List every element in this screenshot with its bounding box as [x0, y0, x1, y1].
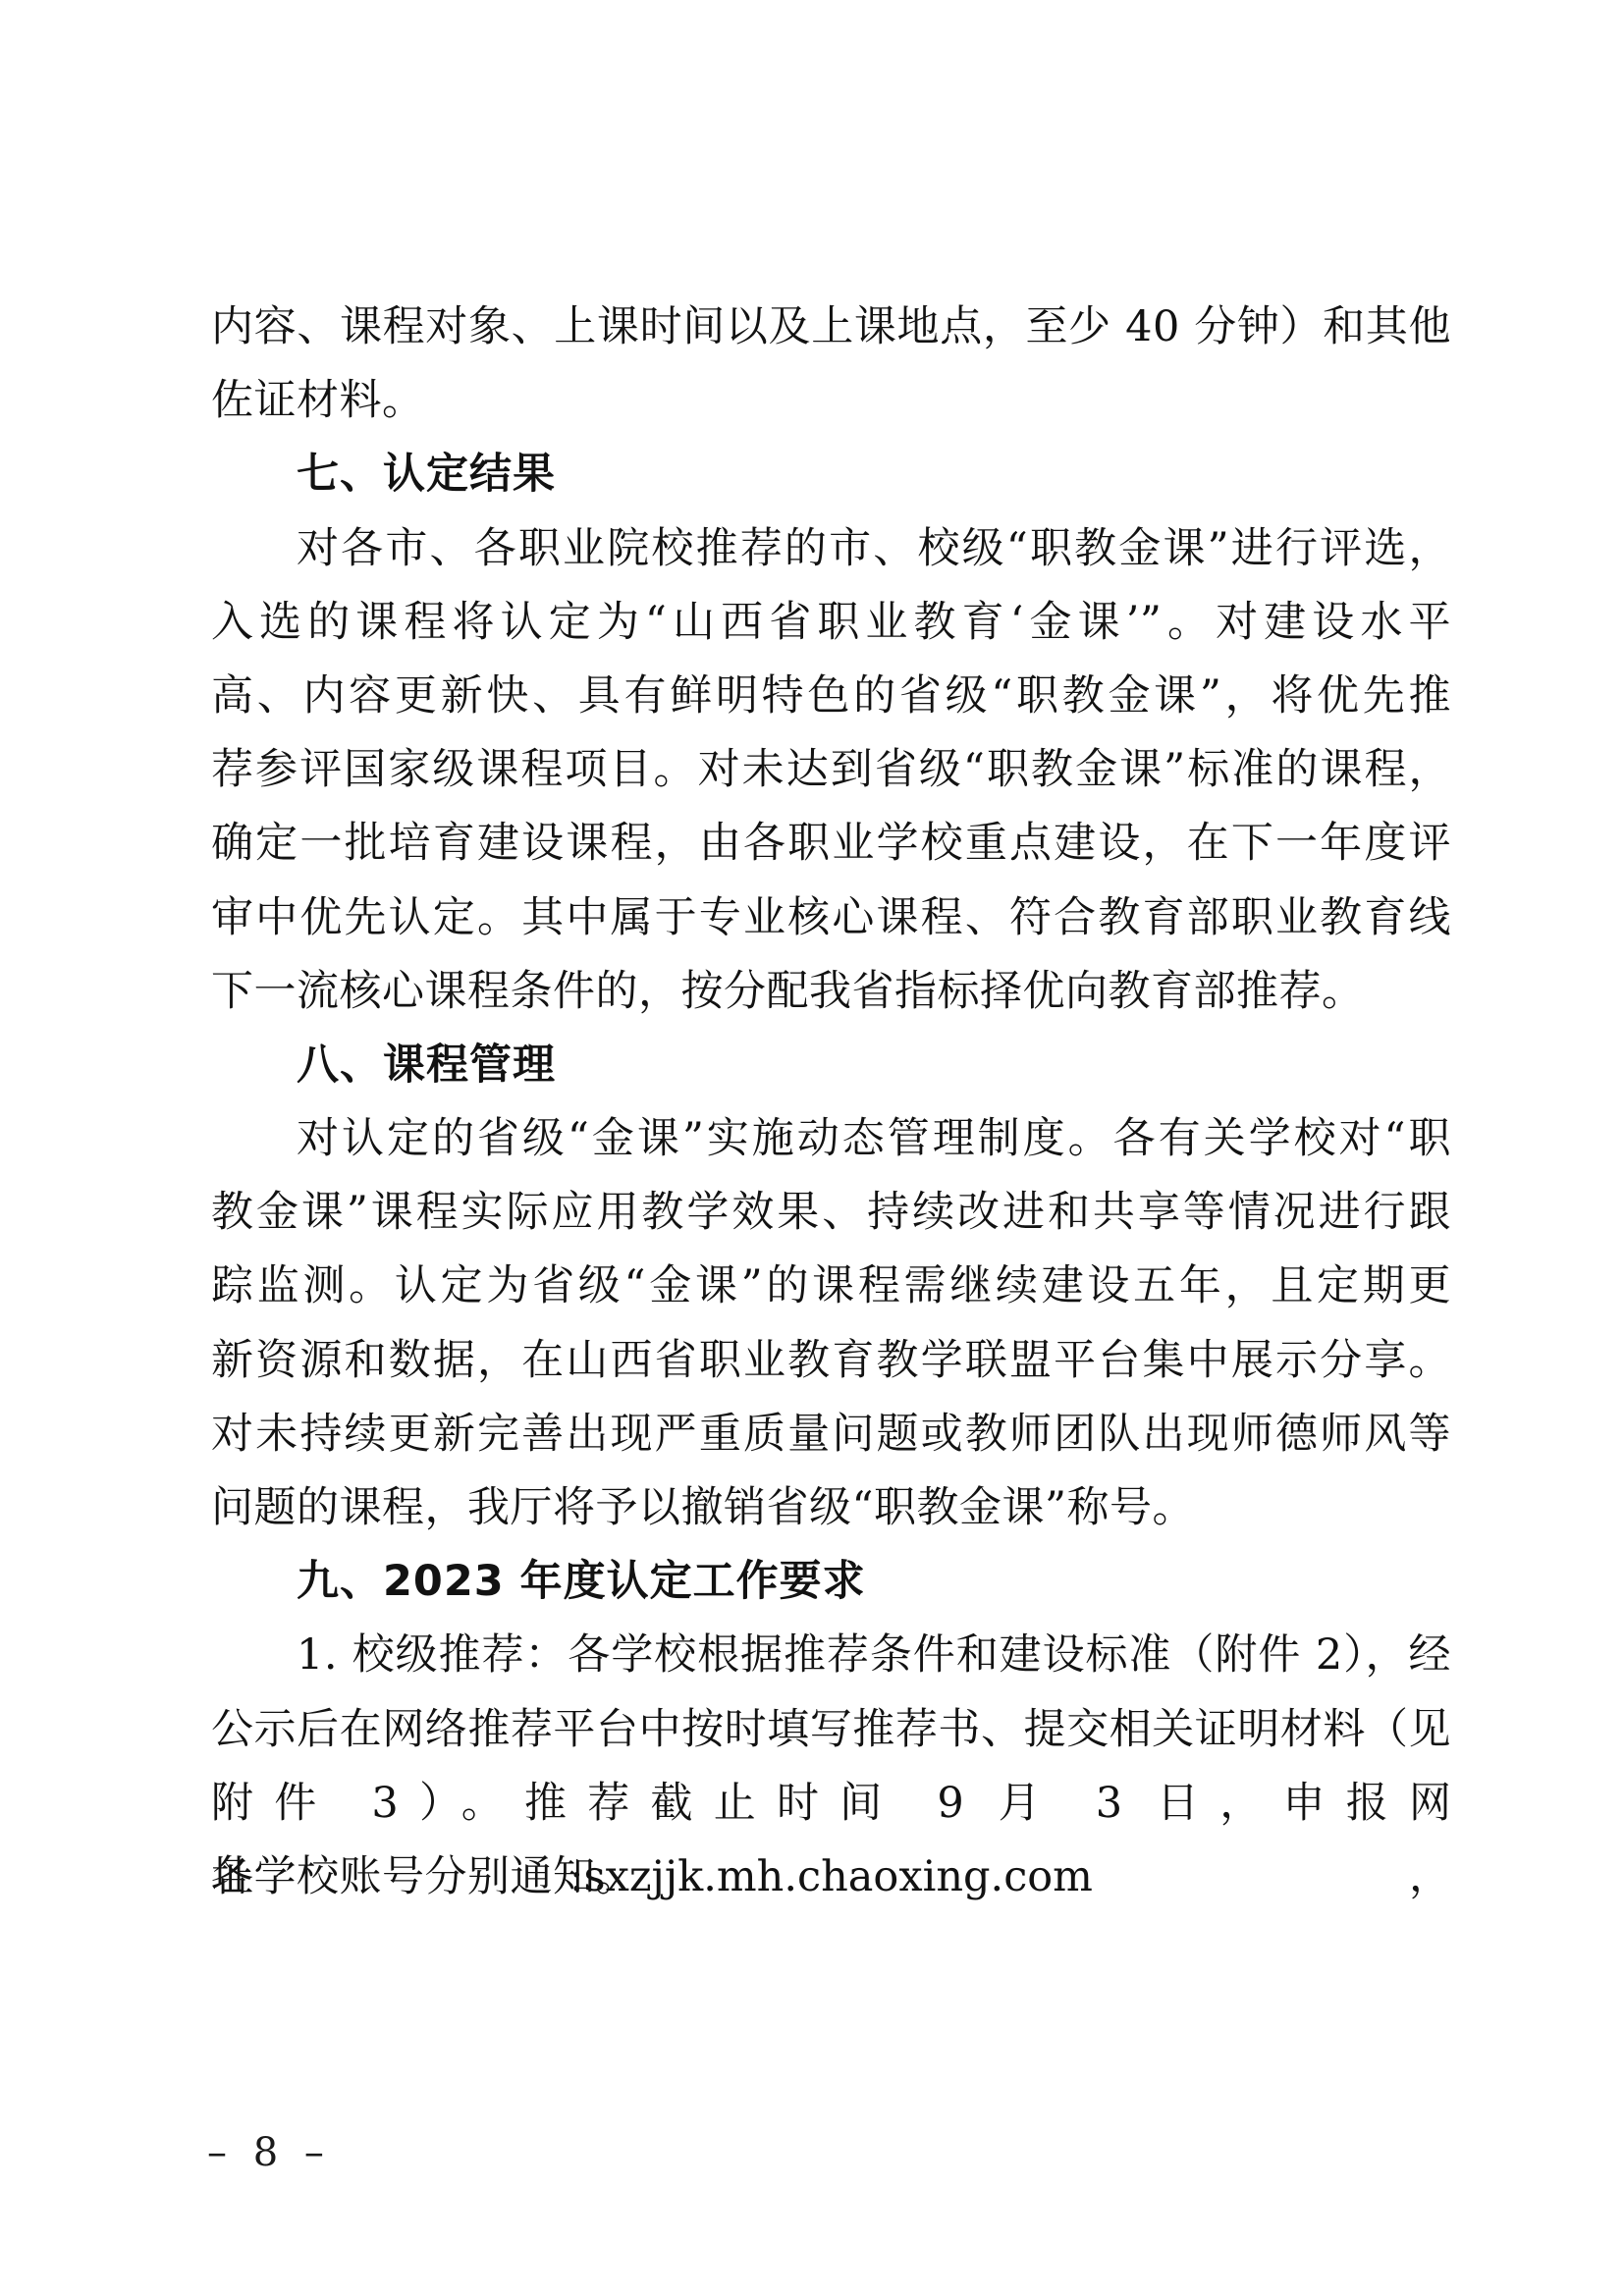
page-number: – 8 –	[207, 2123, 324, 2182]
section-heading-9: 九、2023 年度认定工作要求	[211, 1545, 1451, 1619]
text-line: 公示后在网络推荐平台中按时填写推荐书、提交相关证明材料（见	[211, 1693, 1451, 1767]
text-line: 审中优先认定。其中属于专业核心课程、符合教育部职业教育线	[211, 881, 1451, 955]
text-line: 内容、课程对象、上课时间以及上课地点，至少 40 分钟）和其他	[211, 291, 1451, 364]
text-line: 入选的课程将认定为“山西省职业教育‘金课’”。对建设水平	[211, 586, 1451, 660]
text-line: 教金课”课程实际应用教学效果、持续改进和共享等情况进行跟	[211, 1176, 1451, 1250]
text-line: 对认定的省级“金课”实施动态管理制度。各有关学校对“职	[211, 1102, 1451, 1176]
text-line: 确定一批培育建设课程，由各职业学校重点建设，在下一年度评	[211, 807, 1451, 881]
text-line-with-url: 附件 3）。推荐截止时间 9 月 3 日，申报网址:sxzjjk.mh.chao…	[211, 1767, 1451, 1841]
text-line: 1. 校级推荐：各学校根据推荐条件和建设标准（附件 2），经	[211, 1619, 1451, 1692]
document-body: 内容、课程对象、上课时间以及上课地点，至少 40 分钟）和其他 佐证材料。 七、…	[211, 291, 1451, 1914]
text-line: 问题的课程，我厅将予以撤销省级“职教金课”称号。	[211, 1471, 1451, 1545]
text-line: 荐参评国家级课程项目。对未达到省级“职教金课”标准的课程，	[211, 733, 1451, 807]
text-line: 佐证材料。	[211, 364, 1451, 438]
text-line: 对未持续更新完善出现严重质量问题或教师团队出现师德师风等	[211, 1398, 1451, 1471]
section-heading-8: 八、课程管理	[211, 1029, 1451, 1102]
text-line: 高、内容更新快、具有鲜明特色的省级“职教金课”，将优先推	[211, 660, 1451, 733]
section-heading-7: 七、认定结果	[211, 438, 1451, 511]
document-page: 内容、课程对象、上课时间以及上课地点，至少 40 分钟）和其他 佐证材料。 七、…	[0, 0, 1624, 2296]
text-line: 对各市、各职业院校推荐的市、校级“职教金课”进行评选，	[211, 512, 1451, 586]
text-line: 新资源和数据，在山西省职业教育教学联盟平台集中展示分享。	[211, 1324, 1451, 1398]
text-line: 下一流核心课程条件的，按分配我省指标择优向教育部推荐。	[211, 955, 1451, 1029]
text-line: 踪监测。认定为省级“金课”的课程需继续建设五年，且定期更	[211, 1250, 1451, 1323]
